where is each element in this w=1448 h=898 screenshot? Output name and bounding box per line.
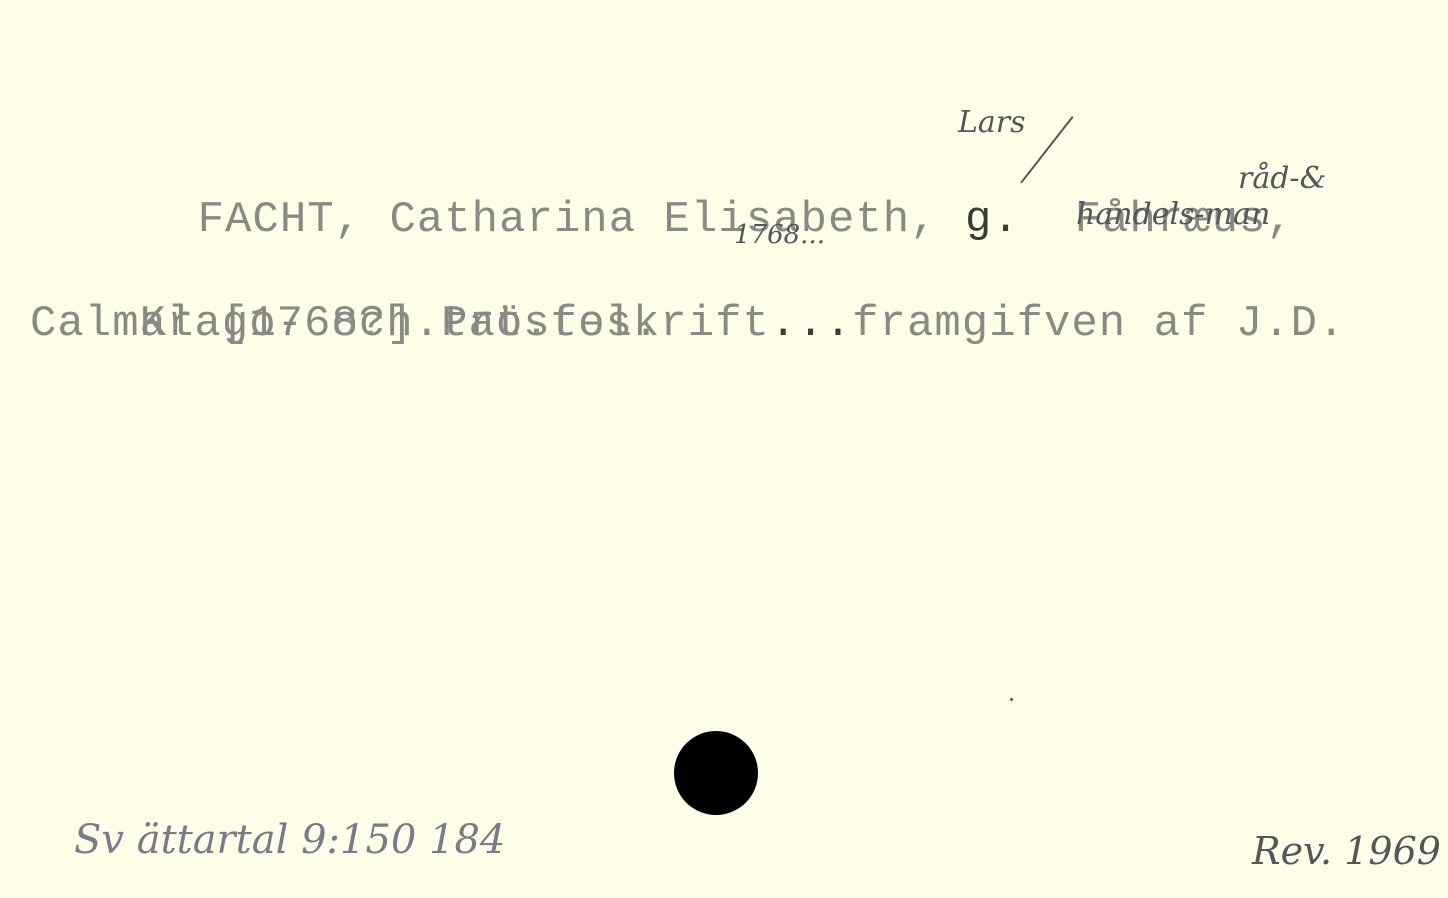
handwritten-reference-note: Sv ättartal 9:150 184 <box>74 820 505 860</box>
handwritten-revision-note: Rev. 1969 <box>1252 832 1441 870</box>
handwritten-occupation-line-2: handels-man <box>1076 200 1270 230</box>
surname: FACHT, <box>198 195 362 245</box>
paper-speck <box>1010 698 1013 701</box>
punch-hole <box>674 731 758 815</box>
handwritten-occupation-line-1: råd-& <box>1238 164 1326 194</box>
given-names: Catharina Elisabeth, <box>389 195 937 245</box>
marriage-marker: g. <box>965 195 1020 245</box>
handwritten-year-insert: 1768... <box>734 222 825 248</box>
title-ellipsis: ... <box>770 299 852 349</box>
title-line-2: Calmar [1768?].Pat.fol. <box>30 302 660 346</box>
catalog-card: FACHT, Catharina Elisabeth, g. Fåhræus, … <box>0 0 1448 898</box>
title-part-2: framgifven af J.D. <box>852 299 1345 349</box>
handwritten-spouse-first-name: Lars <box>958 108 1026 138</box>
